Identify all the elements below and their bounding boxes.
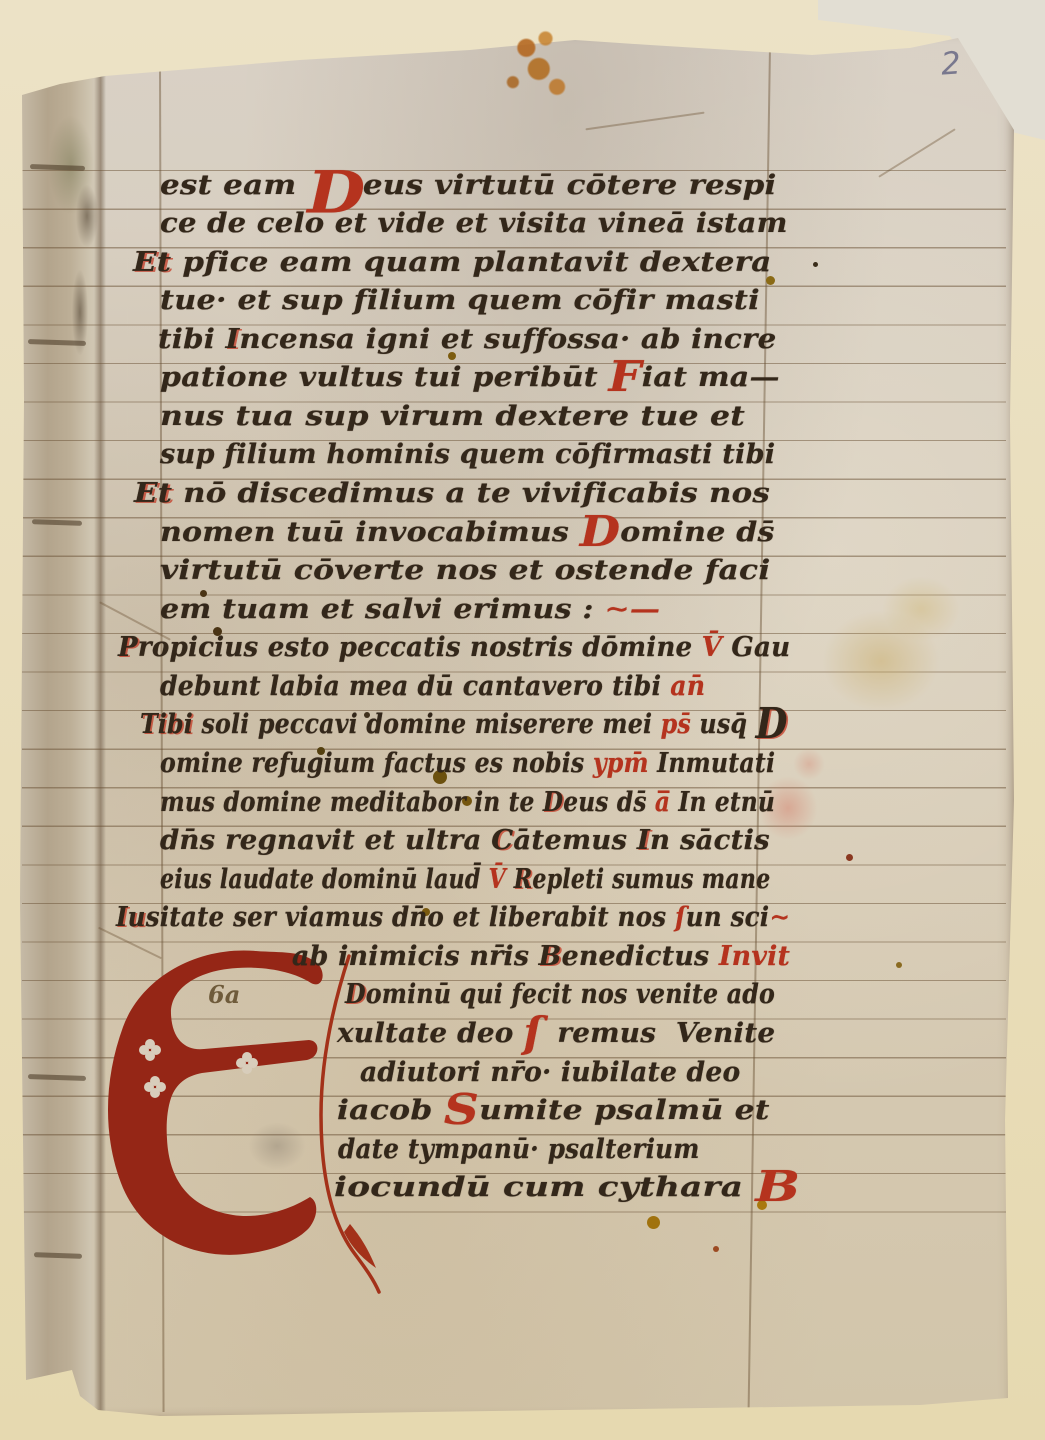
text-line: dn̄s regnavit et ultra Cātemus In sāctis [160,822,770,862]
rubric-text: D [580,507,621,556]
ink-text: D [345,979,366,1010]
text-line: tue· et sup filium quem cōfir masti [160,282,760,322]
ink-text: nō discedimus a te vivificabis nos [172,478,770,509]
text-line: date tympanū· psalterium [338,1131,700,1171]
rubric-text: V̄ [488,864,513,895]
ink-text: ātemus [513,825,637,856]
text-line: ab inimicis nr̄is Benedictus Invit [292,938,790,978]
ink-text: Inmutati [657,748,775,779]
ink-text: mus domine meditabor in te [160,787,543,818]
ink-text: ab inimicis nr̄is [292,941,539,972]
rubric-text: an̄ [670,671,705,702]
ink-text: Et [133,247,171,278]
ink-text: iat ma— [642,362,780,393]
manuscript-photo: 6a est eam Deus virtutū cōtere respice d… [0,0,1045,1440]
ink-text: ce de celo et vide et visita vineā istam [160,208,788,239]
ink-text: soli peccavi domine miserere mei [193,709,661,740]
ink-text: D [756,699,788,748]
text-line: Et nō discedimus a te vivificabis nos [134,475,770,515]
ink-text: ncensa igni et suffossa· ab incre [239,324,776,355]
text-line: ce de celo et vide et visita vineā istam [160,205,788,245]
text-line: tibi Incensa igni et suffossa· ab incre [158,321,776,361]
ink-text: patione vultus tui peribūt [160,362,609,393]
rubric-text: V̄ [702,632,732,663]
text-line: eius laudate dominū laud̄ V̄ Repleti sum… [160,861,770,901]
ink-text: Tibi [140,709,193,740]
text-line: Et pfice eam quam plantavit dextera [133,244,771,284]
ink-text: omine ds̄ [620,517,774,548]
ink-text: remus Venite [557,1018,775,1049]
rubric-text: S [444,1085,479,1134]
folio-number: 2 [940,45,962,82]
ink-text: date tympanū· psalterium [338,1134,700,1165]
text-line: Tibi soli peccavi domine miserere mei ps… [140,706,788,746]
ink-text: iacob [337,1095,444,1126]
ink-text: iocundū cum cythara [334,1172,755,1203]
rubric-text: ypm̄ [593,748,657,779]
ink-text: epleti sumus mane [532,864,770,895]
text-line: iacob Sumite psalmū et [337,1092,770,1132]
text-block: est eam Deus virtutū cōtere respice de c… [0,0,1045,1440]
ink-text: eus virtutū cōtere respi [363,170,777,201]
ink-text: est eam [160,170,307,201]
text-line: iocundū cum cythara B [334,1169,800,1209]
ink-text: sup filium hominis quem cōfirmasti tibi [160,439,775,470]
rubric-text: ſ [523,1008,557,1057]
ink-text: nus tua sup virum dextere tue et [160,401,745,432]
text-line: sup filium hominis quem cōfirmasti tibi [160,436,775,476]
ink-text: In etnū [678,787,775,818]
text-line: debunt labia mea dū cantavero tibi an̄ [160,668,705,708]
ink-text: eius laudate dominū laud̄ [160,864,488,895]
ink-text: nomen tuū invocabimus [160,517,580,548]
rubric-text: ∼— [604,594,660,625]
text-line: Dominū qui fecit nos venite ado [345,976,775,1016]
ink-text: virtutū cōverte nos et ostende faci [160,555,770,586]
ink-text: adiutori nr̄o· iubilate deo [360,1057,740,1088]
rubric-text: Invit [719,941,790,972]
text-line: mus domine meditabor in te Deus ds̄ a̅ I… [160,784,775,824]
ink-text: R [514,864,533,895]
text-line: virtutū cōverte nos et ostende faci [160,552,770,592]
ink-text: I [226,324,240,355]
ink-text: Et [134,478,172,509]
ink-text: sitate ser viamus dn̄o et liberabit nos [146,902,675,933]
ink-text: un sci [686,902,770,933]
text-line: omine refugium factus es nobis ypm̄ Inmu… [160,745,775,785]
ink-text: debunt labia mea dū cantavero tibi [160,671,670,702]
text-line: nomen tuū invocabimus Domine ds̄ [160,514,775,554]
text-line: patione vultus tui peribūt Fiat ma— [160,359,780,399]
ink-text: xultate deo [337,1018,523,1049]
ink-text: tue· et sup filium quem cōfir masti [160,285,760,316]
ink-text: eus ds̄ [563,787,655,818]
rubric-text: ſ [675,902,686,933]
text-line: xultate deo ſ remus Venite [337,1015,775,1055]
ink-text: I [637,825,650,856]
ink-text: dn̄s regnavit et ultra [160,825,491,856]
ink-text: enedictus [562,941,719,972]
ink-text: umite psalmū et [479,1095,770,1126]
text-line: est eam Deus virtutū cōtere respi [160,167,777,207]
rubric-text: ps̄ [661,709,700,740]
ink-text: ominū qui fecit nos venite ado [366,979,775,1010]
ink-text: ropicius esto peccatis nostris dōmine [138,632,702,663]
rubric-text: F [609,352,642,401]
rubric-text: ∼ [769,902,790,933]
text-line: Propicius esto peccatis nostris dōmine V… [118,629,790,669]
text-line: em tuam et salvi erimus : ∼— [160,591,660,631]
text-line: nus tua sup virum dextere tue et [160,398,745,438]
ink-text: Gau [731,632,790,663]
ink-text: omine refugium factus es nobis [160,748,593,779]
ink-text: usq̄ [699,709,755,740]
ink-text: D [543,787,563,818]
ink-text: n sāctis [650,825,770,856]
ink-text: B [539,941,562,972]
ink-text: Iu [116,902,146,933]
ink-text: em tuam et salvi erimus : [160,594,604,625]
ink-text: C [491,825,513,856]
rubric-text: B [755,1162,800,1211]
rubric-text: a̅ [655,787,679,818]
text-line: adiutori nr̄o· iubilate deo [360,1054,740,1094]
ink-text: P [118,632,138,663]
text-line: Iusitate ser viamus dn̄o et liberabit no… [116,899,790,939]
ink-text: pfice eam quam plantavit dextera [171,247,771,278]
ink-text: tibi [158,324,226,355]
